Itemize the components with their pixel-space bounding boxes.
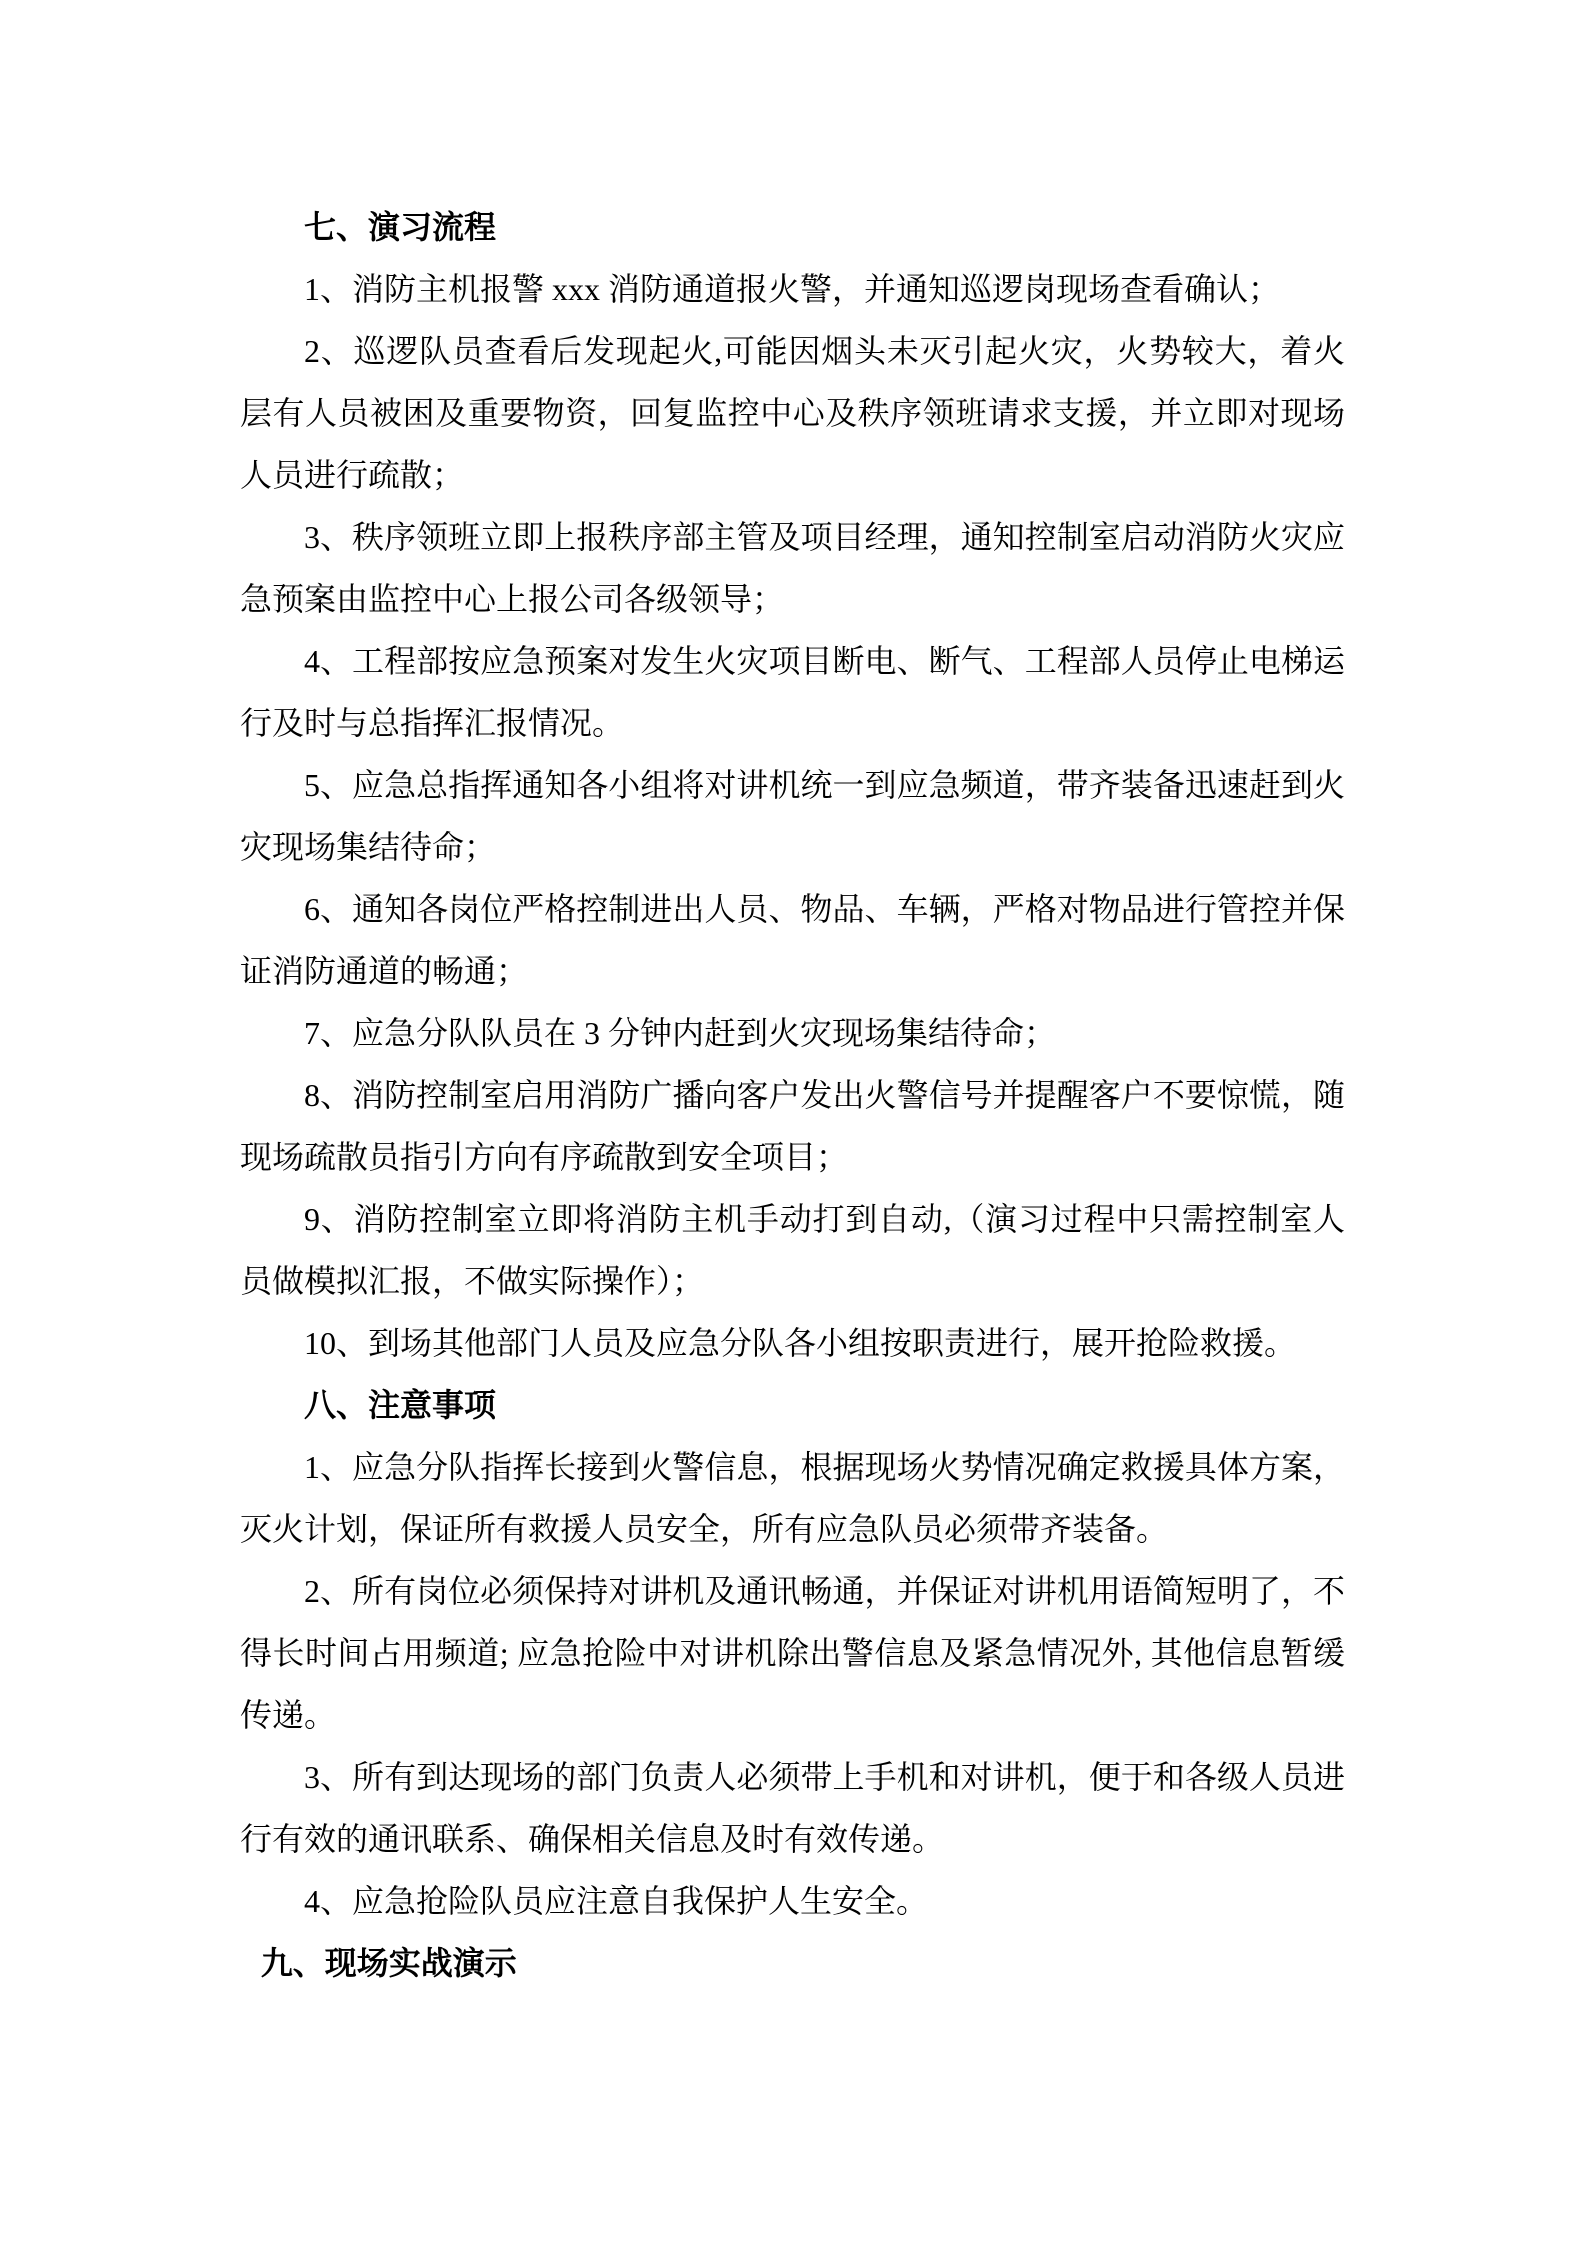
drill-step-9: 9、消防控制室立即将消防主机手动打到自动,（演习过程中只需控制室人员做模拟汇报，… bbox=[240, 1188, 1345, 1312]
precaution-3: 3、所有到达现场的部门负责人必须带上手机和对讲机，便于和各级人员进行有效的通讯联… bbox=[240, 1746, 1345, 1870]
drill-step-1: 1、消防主机报警 xxx 消防通道报火警，并通知巡逻岗现场查看确认； bbox=[240, 258, 1345, 320]
section-heading-live-demo: 九、现场实战演示 bbox=[240, 1932, 1345, 1994]
section-heading-precautions: 八、注意事项 bbox=[240, 1374, 1345, 1436]
precaution-2: 2、所有岗位必须保持对讲机及通讯畅通，并保证对讲机用语简短明了，不得长时间占用频… bbox=[240, 1560, 1345, 1746]
drill-step-2: 2、巡逻队员查看后发现起火,可能因烟头未灭引起火灾，火势较大，着火层有人员被困及… bbox=[240, 320, 1345, 506]
drill-step-7: 7、应急分队队员在 3 分钟内赶到火灾现场集结待命； bbox=[240, 1002, 1345, 1064]
page-content: 七、演习流程 1、消防主机报警 xxx 消防通道报火警，并通知巡逻岗现场查看确认… bbox=[240, 196, 1345, 1994]
section-heading-drill-process: 七、演习流程 bbox=[240, 196, 1345, 258]
precaution-4: 4、应急抢险队员应注意自我保护人生安全。 bbox=[240, 1870, 1345, 1932]
drill-step-8: 8、消防控制室启用消防广播向客户发出火警信号并提醒客户不要惊慌，随现场疏散员指引… bbox=[240, 1064, 1345, 1188]
precaution-1: 1、应急分队指挥长接到火警信息，根据现场火势情况确定救援具体方案，灭火计划，保证… bbox=[240, 1436, 1345, 1560]
drill-step-3: 3、秩序领班立即上报秩序部主管及项目经理，通知控制室启动消防火灾应急预案由监控中… bbox=[240, 506, 1345, 630]
drill-step-6: 6、通知各岗位严格控制进出人员、物品、车辆，严格对物品进行管控并保证消防通道的畅… bbox=[240, 878, 1345, 1002]
drill-step-5: 5、应急总指挥通知各小组将对讲机统一到应急频道，带齐装备迅速赶到火灾现场集结待命… bbox=[240, 754, 1345, 878]
document-page: 七、演习流程 1、消防主机报警 xxx 消防通道报火警，并通知巡逻岗现场查看确认… bbox=[0, 0, 1587, 2245]
drill-step-10: 10、到场其他部门人员及应急分队各小组按职责进行，展开抢险救援。 bbox=[240, 1312, 1345, 1374]
drill-step-4: 4、工程部按应急预案对发生火灾项目断电、断气、工程部人员停止电梯运行及时与总指挥… bbox=[240, 630, 1345, 754]
